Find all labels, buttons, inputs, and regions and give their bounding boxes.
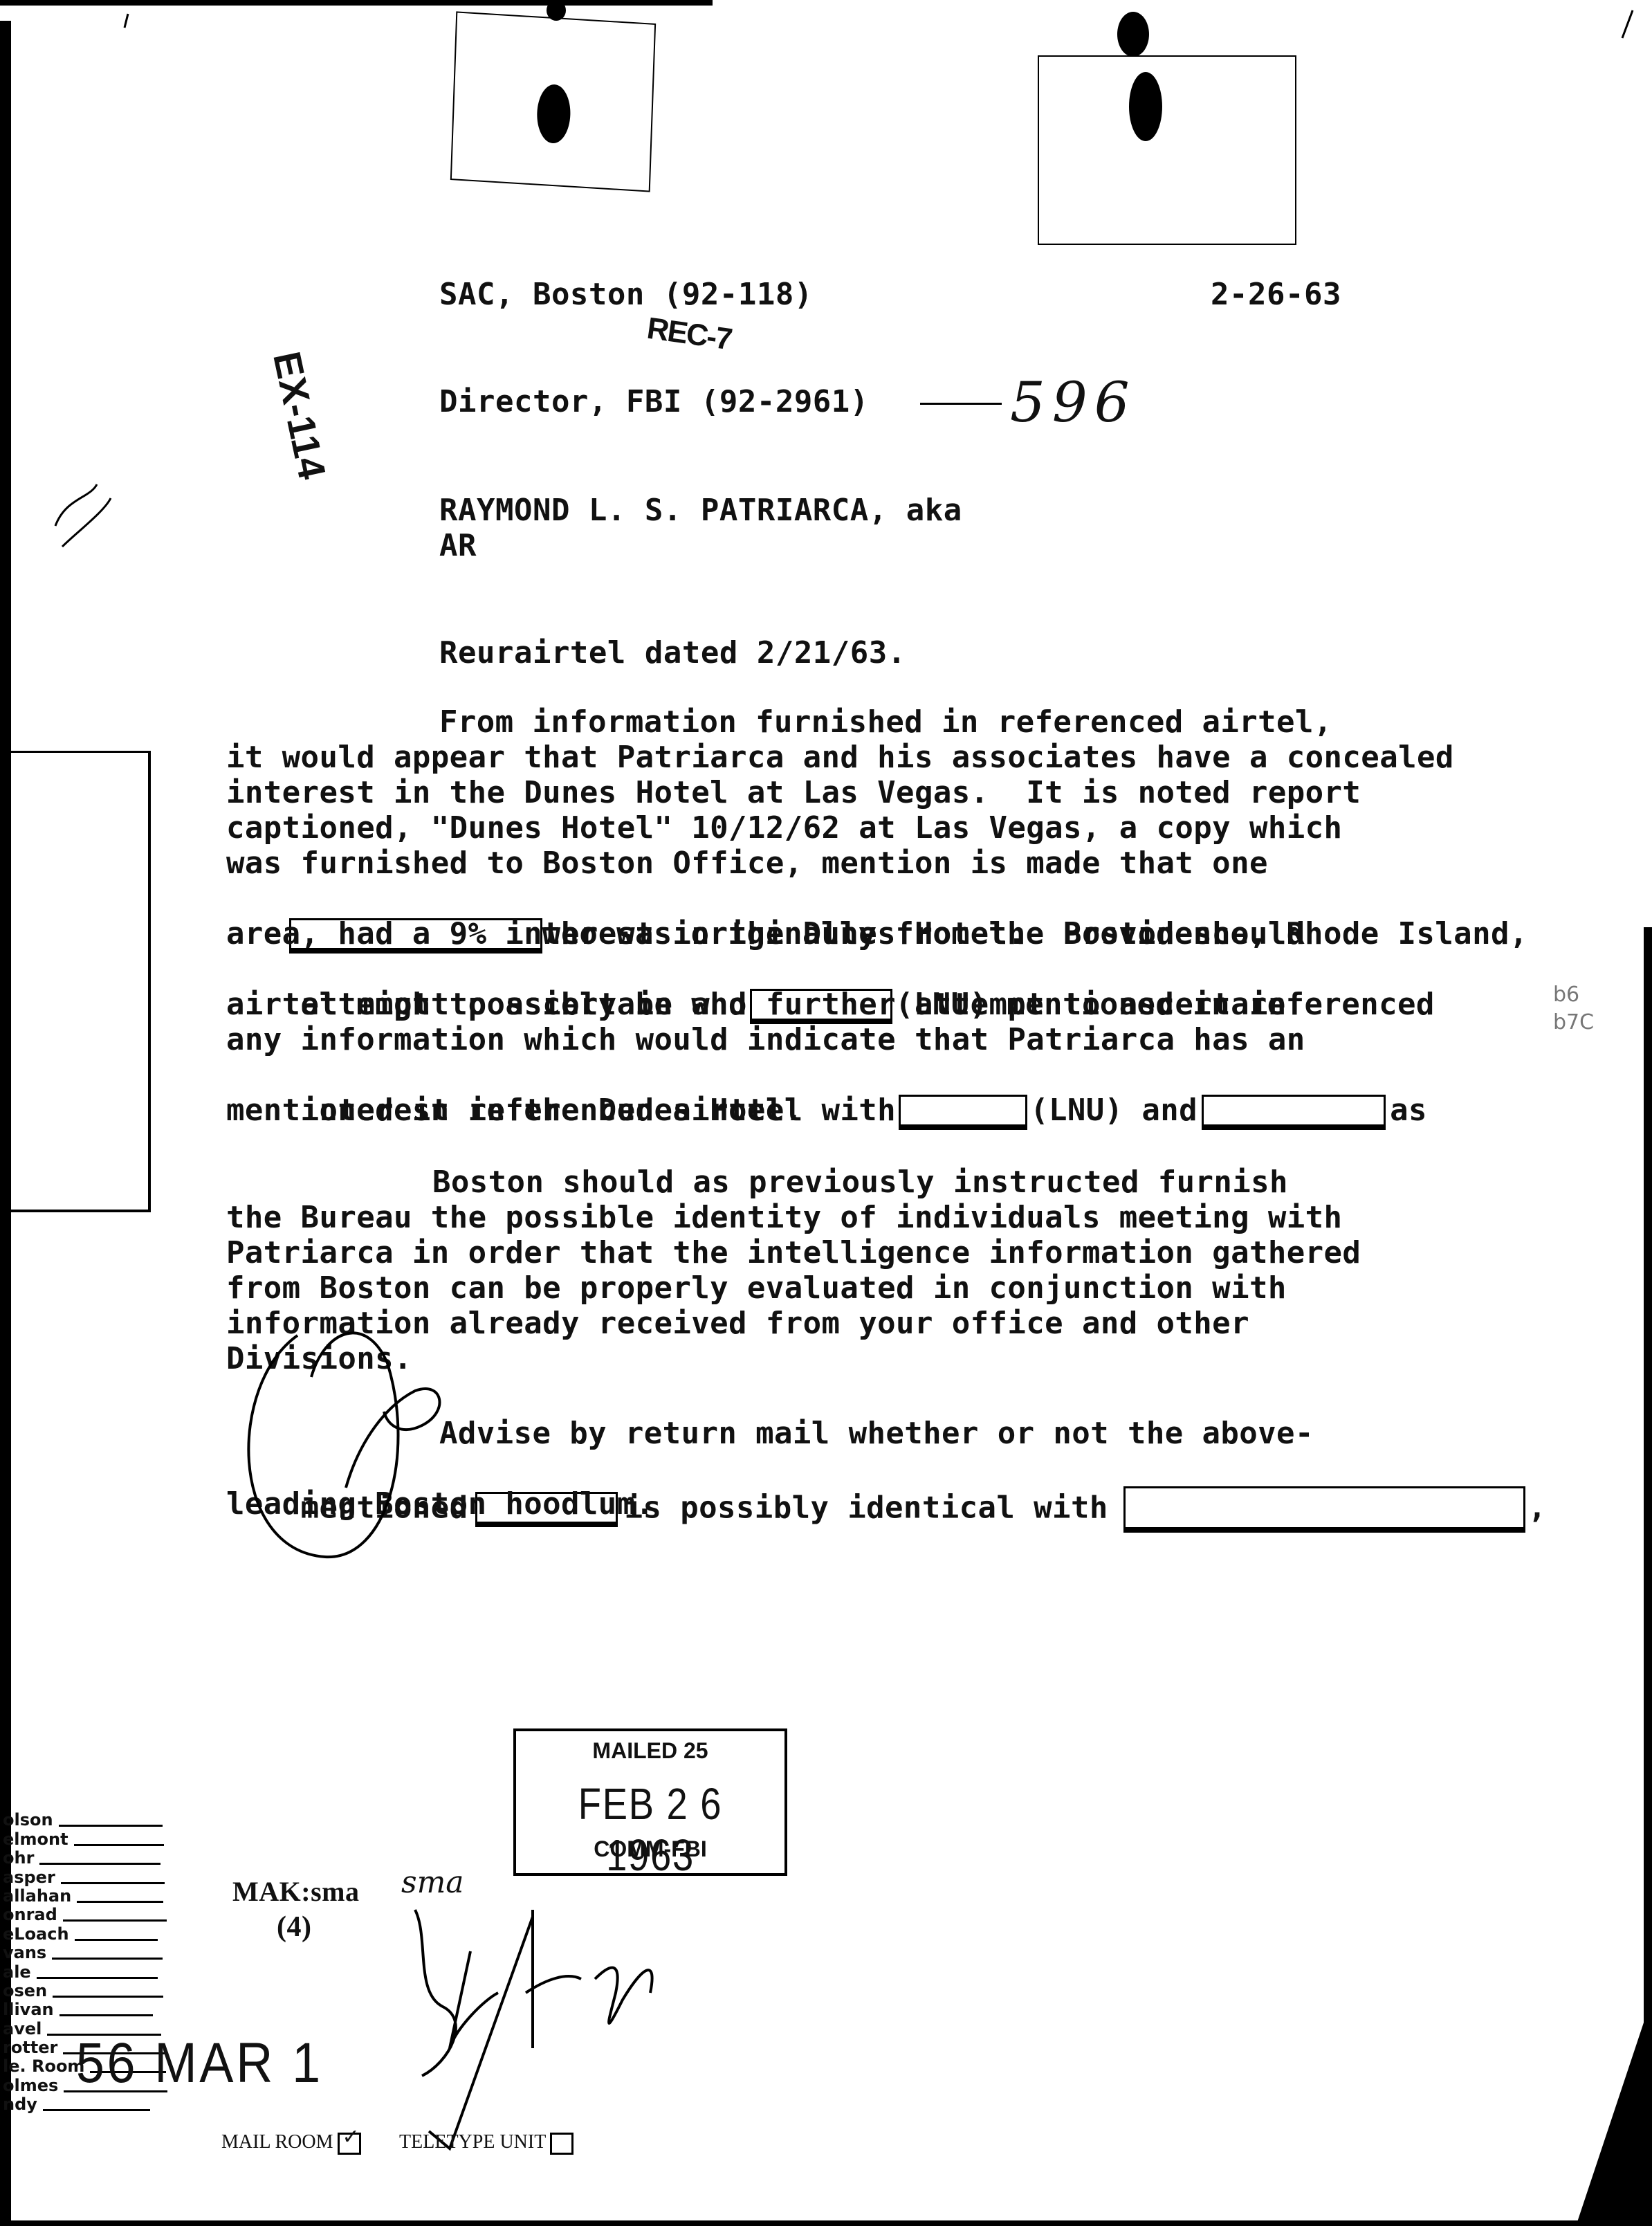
routing-row: olson — [3, 1811, 167, 1830]
checkmark-icon: ✓ — [342, 2125, 360, 2149]
routing-row: eLoach — [3, 1924, 167, 1943]
routing-row: ohr — [3, 1849, 167, 1868]
mail-room-checkbox[interactable]: ✓ — [338, 2133, 361, 2155]
routing-row: ale — [3, 1962, 167, 1981]
routing-row: asper — [3, 1868, 167, 1886]
routing-row: ndy — [3, 2095, 167, 2114]
mail-room-label: MAIL ROOM — [221, 2131, 333, 2153]
routing-row: osen — [3, 1982, 167, 2000]
received-stamp: 56 MAR 1 — [76, 2031, 323, 2096]
routing-row: onrad — [3, 1906, 167, 1924]
handwritten-initials: sma — [401, 1865, 464, 1900]
teletype-unit-label: TELETYPE UNIT — [399, 2131, 546, 2153]
routing-row: allahan — [3, 1887, 167, 1906]
copy-count: (4) — [277, 1910, 311, 1945]
routing-row: elmont — [3, 1830, 167, 1848]
typist-initials: MAK:sma — [232, 1874, 359, 1909]
teletype-unit-checkbox[interactable] — [550, 2133, 573, 2155]
mailed-stamp-date: FEB 2 6 1963 — [536, 1778, 764, 1881]
mailed-stamp-office: COMM-FBI — [516, 1836, 784, 1862]
document-page: SAC, Boston (92-118) 2-26-63 REC-7 Direc… — [0, 0, 1652, 2226]
mailed-stamp-label: MAILED 25 — [516, 1738, 784, 1764]
mailed-stamp: MAILED 25 FEB 2 6 1963 COMM-FBI — [513, 1728, 787, 1876]
delivery-checkboxes: MAIL ROOM✓ TELETYPE UNIT — [221, 2131, 578, 2155]
routing-row: vans — [3, 1944, 167, 1962]
routing-row: llivan — [3, 2000, 167, 2019]
